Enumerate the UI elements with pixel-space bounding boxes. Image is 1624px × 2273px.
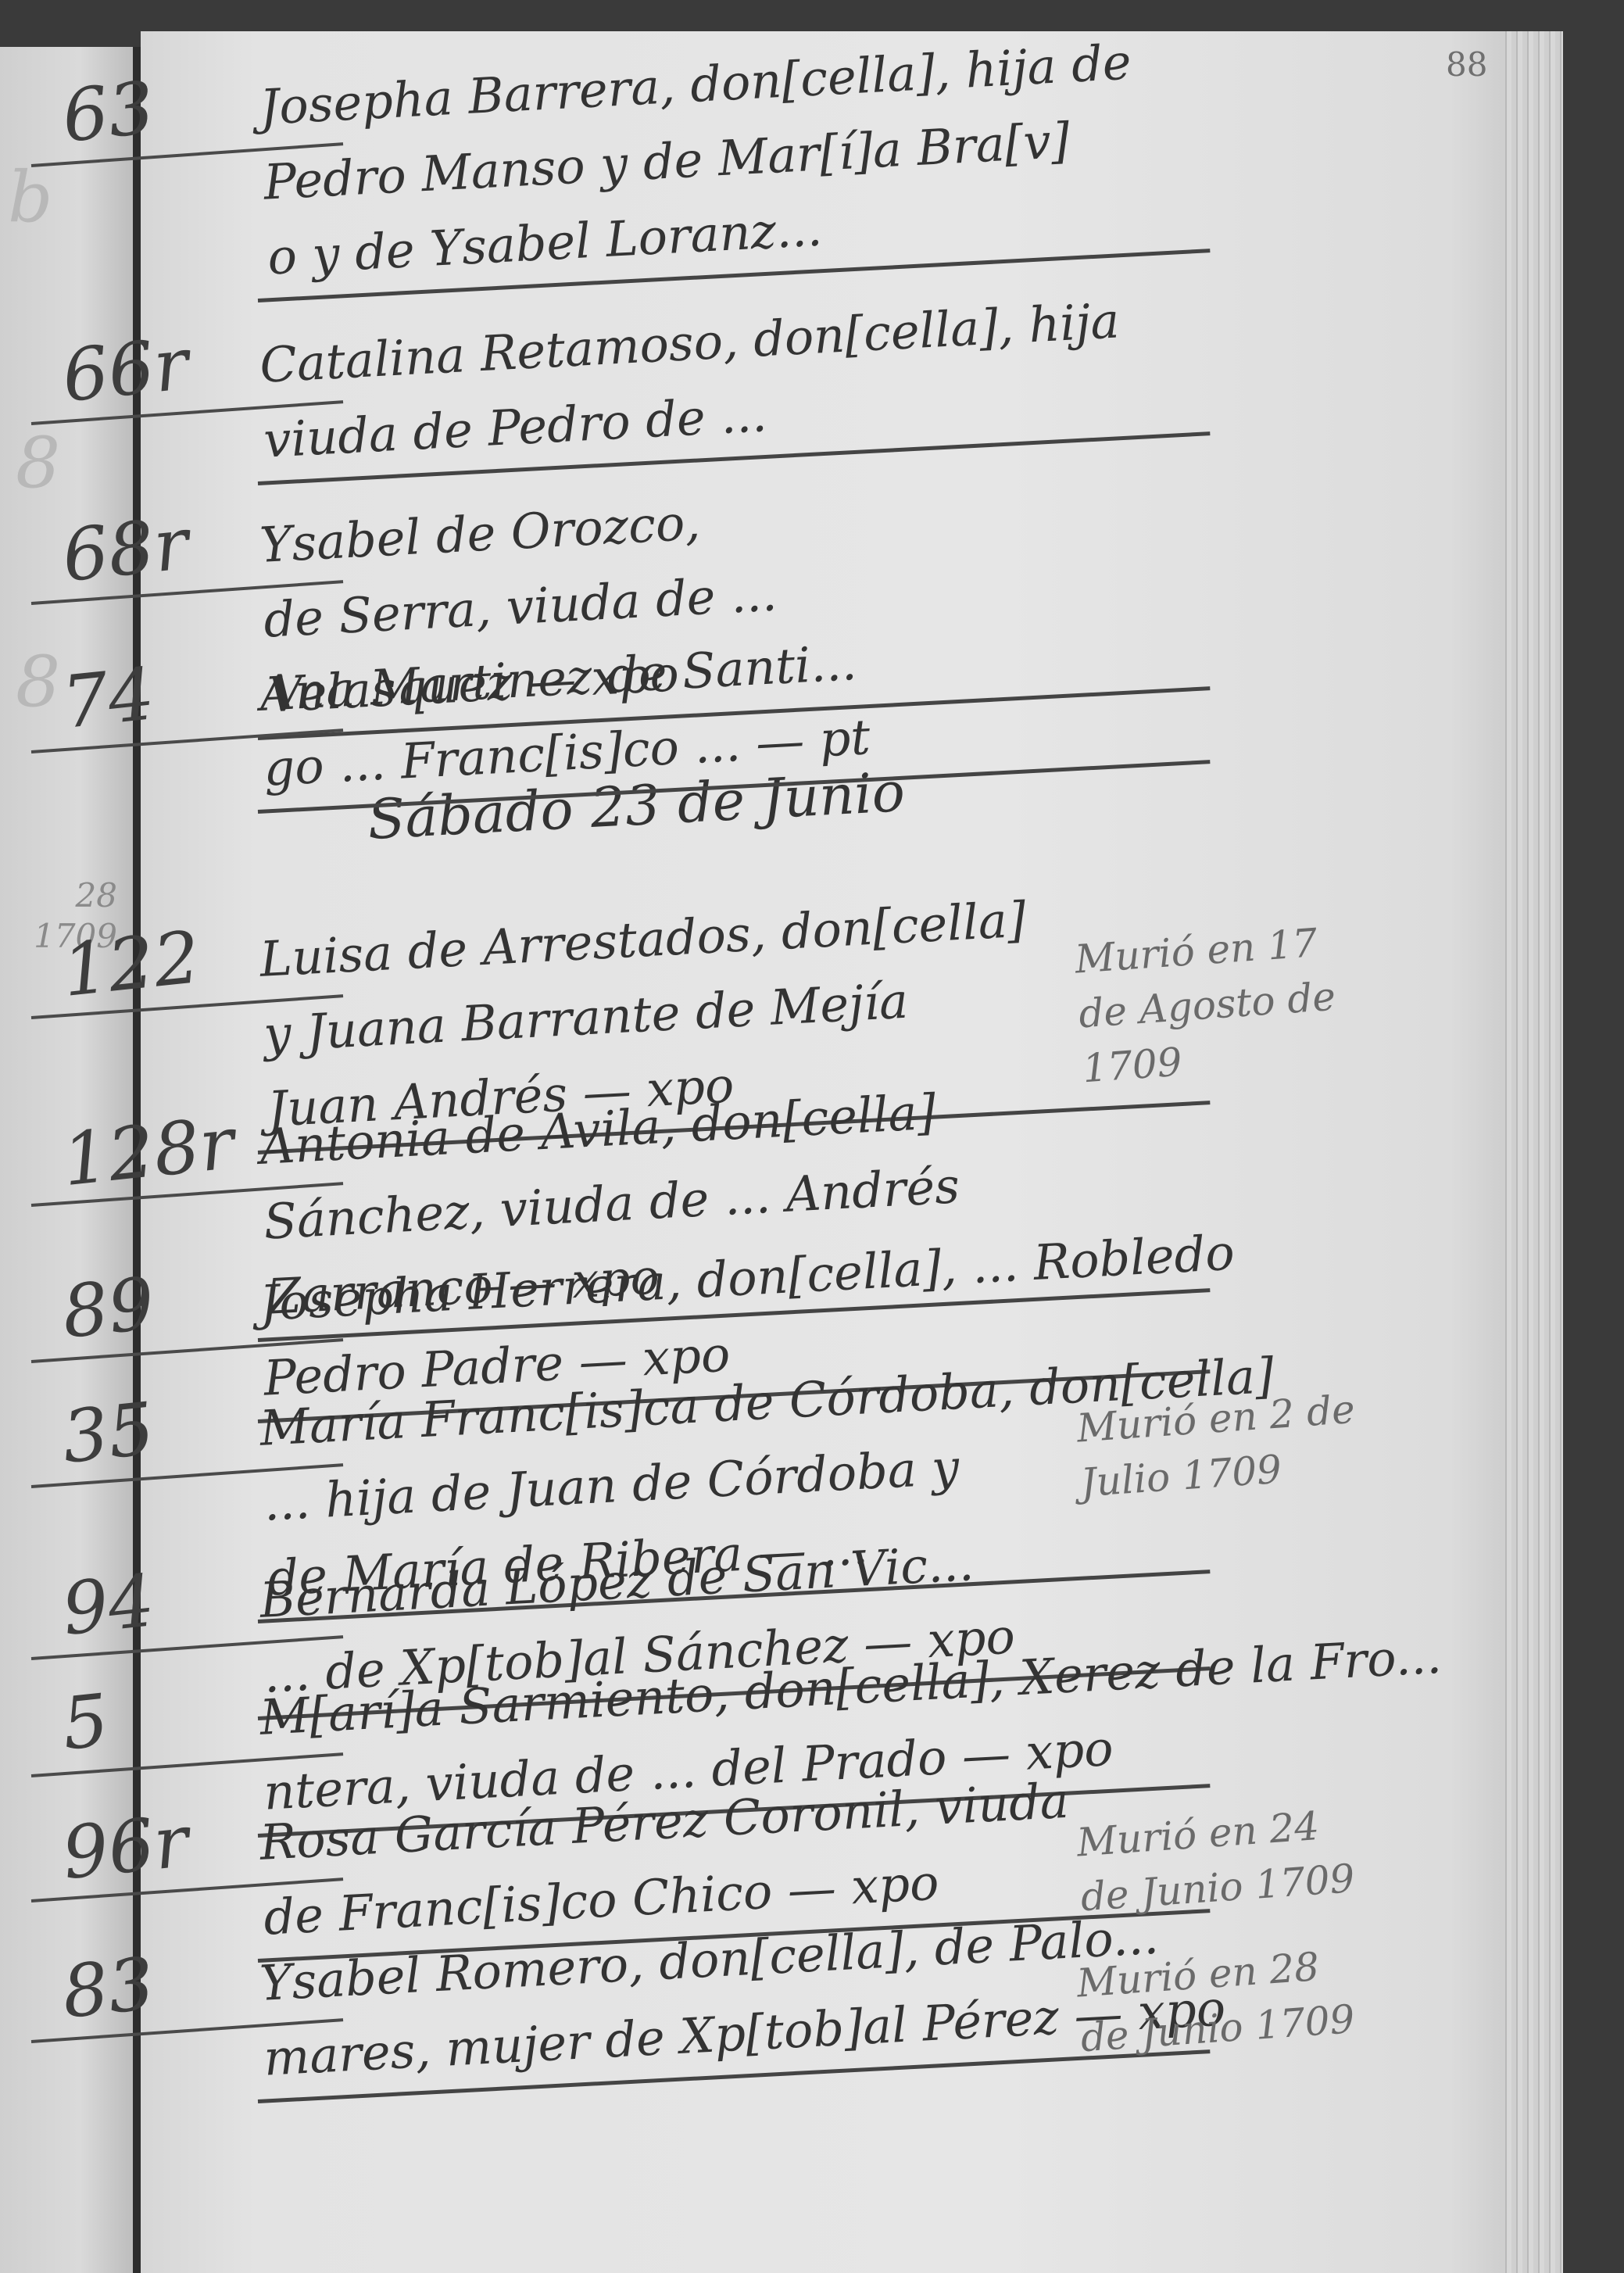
entry-number: 128r (59, 1101, 238, 1202)
entry-number: 94 (59, 1559, 159, 1652)
entry-number: 5 (59, 1678, 113, 1766)
death-note: Murió en 2 de Julio 1709 (1075, 1382, 1364, 1511)
bleed-through-mark: 8 (16, 641, 60, 723)
entry-number: 74 (59, 652, 159, 745)
entry-number: 96r (59, 1799, 192, 1895)
entry-number: 63 (59, 66, 159, 159)
entry-number: 83 (59, 1942, 159, 2035)
folio-number: 88 (1446, 45, 1487, 84)
bleed-through-mark: b (8, 156, 53, 238)
entry-number: 68r (59, 502, 192, 598)
entry-number: 122 (59, 915, 204, 1013)
entry-number: 35 (59, 1387, 159, 1480)
death-note: Murió en 28 de Junio 1709 (1075, 1937, 1364, 2066)
bleed-through-mark: 8 (16, 422, 60, 504)
entry-number: 89 (59, 1262, 159, 1355)
entry-number: 66r (59, 322, 192, 418)
page-edges (1501, 31, 1563, 2273)
margin-note-line: 28 (23, 875, 117, 916)
